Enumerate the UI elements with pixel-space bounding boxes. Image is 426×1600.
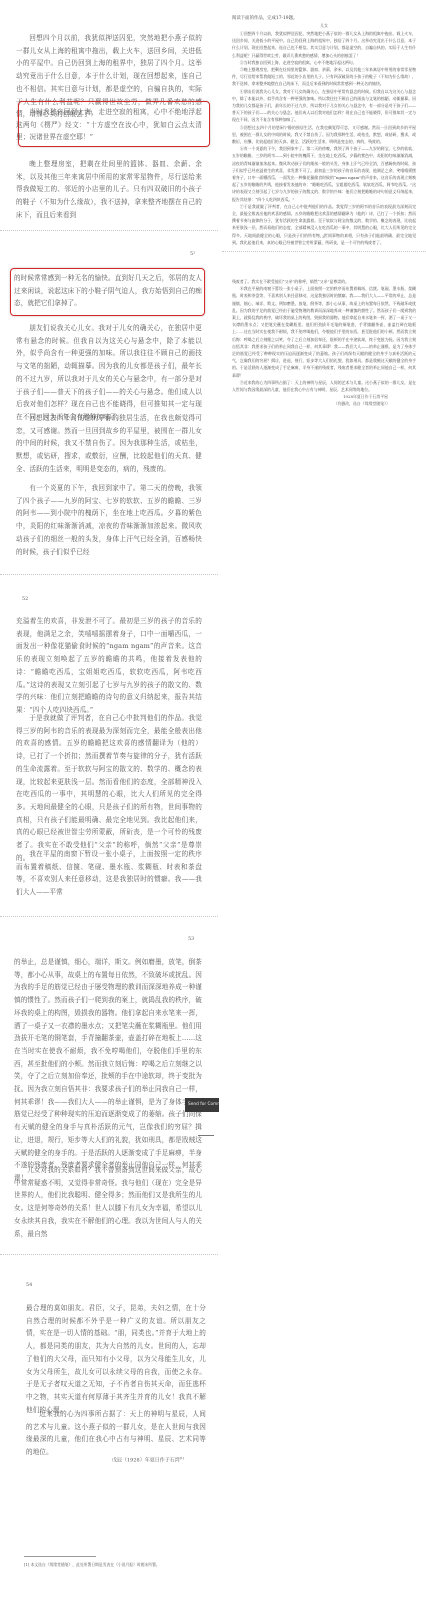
paragraph-text: 当时我独自回到上海，走进空寂的租寓，心中不绝地浮起这两句《楞严》经文：“十方虚空… (16, 106, 202, 144)
paragraph-text: 晚上整理房室，把剩在灶间里的篮钵、器皿、余薪、余米，以及其他三年来寓居中所用的家… (16, 158, 202, 222)
send-for-comments-tooltip[interactable]: Send for Comments (185, 1098, 219, 1112)
paragraph-text: 有一个炎夏的下午，我回到家中了。第二天的傍晚，我领了四个孩子——九岁的阿宝、七岁… (16, 482, 202, 558)
paragraph: 近来我的心为四事所占据了：天上的神明与星辰，人间的艺术与儿童。这小燕子似的一群儿… (26, 1408, 206, 1459)
highlighted-paragraph: 当时我独自回到上海，走进空寂的租寓，心中不绝地浮起这两句《楞严》经文：“十方虚空… (16, 106, 202, 144)
footnote-divider (24, 1556, 96, 1557)
exam-paragraph: ④朋友们说我关心儿女。我对于儿女的确关心，在独居中更常有悬念的时候。但我自以为这… (232, 88, 416, 124)
exam-paragraph: ⑨近来我的心为四事所占据了：天上的神明与星辰，人间的艺术与儿童。这小燕子似的一群… (232, 379, 416, 393)
page-number: 5² (190, 251, 195, 257)
exam-paragraph: 残废者了。我实在不敢受他们“父亲”的称呼，倘然“父亲”是尊崇的。 (232, 278, 416, 285)
page-number: 54 (26, 1282, 32, 1288)
highlighted-paragraph: 的时候常常感到一种无名的愉快。直到好几天之后，邻居的友人过来闲谈，说起这床下的小… (14, 272, 202, 310)
paragraph: 的举止，总是谨慎，细心，端详，斯文。例如磨墨，放笔，倒茶等，都小心从事，故桌上的… (14, 956, 202, 1185)
exam-paragraph: ①回想四个月以前，我犹似押送囚犯，突然地把小燕子似的一群儿女从上海的租寓中拖出，… (232, 30, 416, 59)
page-number: 52 (22, 596, 28, 602)
paragraph: 于是我就做了评判者，在自己心中批判他们的作品。我觉得三岁的阿韦的音乐的表现最为深… (16, 712, 202, 864)
paragraph-text: 最合理的莫如朋友。君臣，父子，昆弟，夫妇之情，在十分自然合理的时候都不外乎是一种… (26, 1302, 206, 1416)
page-number: 53 (188, 936, 194, 942)
paragraph: 有一个炎夏的下午，我回到家中了。第二天的傍晚，我领了四个孩子——九岁的阿宝、七岁… (16, 482, 202, 558)
paragraph-text: 的时候常常感到一种无名的愉快。直到好几天之后，邻居的友人过来闲谈，说起这床下的小… (14, 272, 202, 310)
signature-text: 戊辰（1928）年夏日作于石湾 (112, 1458, 180, 1464)
exam-paragraph: ⑦于是我就做了评判者，在自己心中批判他们的作品。我觉得三岁的阿韦的音乐的表现最为… (232, 203, 416, 246)
paragraph-text: 近来我的心为四事所占据了：天上的神明与星辰，人间的艺术与儿童。这小燕子似的一群儿… (26, 1408, 206, 1459)
exam-page-1: 阅读下面的作品，完成17-19题。 儿女 ①回想四个月以前，我犹似押送囚犯，突然… (232, 15, 416, 246)
page-separator (0, 574, 218, 575)
footnote: [1] 本文选自《缘缘堂随笔》，此处所署日期是发表在《小说月报》时题末所署。 (24, 1562, 160, 1568)
paragraph: 朋友们说我关心儿女。我对于儿女的确关心，在独居中更常有悬念的时候。但我自以为这关… (16, 322, 202, 424)
page-separator (222, 251, 426, 252)
paragraph-text: 的举止，总是谨慎，细心，端详，斯文。例如磨墨，放笔，倒茶等，都小心从事，故桌上的… (14, 956, 202, 1185)
paragraph: 我在平屋的南窗下暂设一张小桌子，上面按照一定的秩序而布置着稿纸、信箧、笔砚、墨水… (16, 848, 202, 899)
paragraph-text: 于是我就做了评判者，在自己心中批判他们的作品。我觉得三岁的阿韦的音乐的表现最为深… (16, 712, 202, 864)
exam-paragraph: ②当时我独自回到上海，走进空寂的租寓，心中不绝地浮起这两句。 (232, 59, 416, 66)
page-number: 3 (322, 234, 325, 239)
page-separator (0, 1254, 218, 1255)
paragraph: 最合理的莫如朋友。君臣，父子，昆弟，夫妇之情，在十分自然合理的时候都不外乎是一种… (26, 1302, 206, 1416)
paragraph-text: 充溢着生的欢喜，非发泄不可了。最初是三岁的孩子的音乐的表现，他满足之余，笑嘻嘻摇… (16, 615, 202, 717)
paragraph-text: 儿女对我的关系如何？我不曾预备到这世间来做父亲，故心中常常疑惑不明，又觉得非常奇… (14, 1164, 202, 1240)
signature-line: 戊辰（1928）年夏日作于石湾[1] (112, 1456, 184, 1464)
paragraph: 回想过去四个月的悠闲宁静的独居生活，在我也颇觉得可恋，又可感谢。然而一旦回到故乡… (16, 412, 202, 476)
exam-page-2: 残废者了。我实在不敢受他们“父亲”的称呼，倘然“父亲”是尊崇的。 ⑧我在平屋的南… (232, 278, 416, 407)
essay-title: 儿女 (232, 23, 416, 29)
exam-paragraph: ⑧我在平屋的南窗下暂设一张小桌子，上面按照一定的秩序而布置着稿纸、信箧、笔砚、墨… (232, 285, 416, 379)
paragraph: 儿女对我的关系如何？我不曾预备到这世间来做父亲，故心中常常疑惑不明，又觉得非常奇… (14, 1164, 202, 1240)
paragraph: 晚上整理房室，把剩在灶间里的篮钵、器皿、余薪、余米，以及其他三年来寓居中所用的家… (16, 158, 202, 222)
paragraph-text: 回想过去四个月的悠闲宁静的独居生活，在我也颇觉得可恋，又可感谢。然而一旦回到故乡… (16, 412, 202, 476)
exam-paragraph: ⑥有一个炎夏的下午，我回到家中了。第二天的傍晚，我领了四个孩子——九岁的阿宝、七… (232, 145, 416, 203)
paragraph-text: 我在平屋的南窗下暂设一张小桌子，上面按照一定的秩序而布置着稿纸、信箧、笔砚、墨水… (16, 848, 202, 899)
paragraph: 充溢着生的欢喜，非发泄不可了。最初是三岁的孩子的音乐的表现，他满足之余，笑嘻嘻摇… (16, 615, 202, 717)
exam-paragraph: ③晚上整理房室，把剩在灶间里的篮钵、器皿、余薪、余米，以及其他三年来寓居中所用的… (232, 66, 416, 88)
page-separator (0, 230, 218, 231)
scroll-marker (198, 1135, 214, 1136)
page-separator (0, 916, 218, 917)
footnote-marker: [1] (180, 1456, 184, 1460)
paragraph-text: 朋友们说我关心儿女。我对于儿女的确关心，在独居中更常有悬念的时候。但我自以为这关… (16, 322, 202, 424)
date-line: 1928年夏日作于石湾平屋 (232, 393, 388, 400)
source-line: （有删改，选自《缘缘堂随笔》） (232, 400, 390, 407)
exam-paragraph: ⑤回想过去四个月的悠闲宁静的独居生活，在我也颇觉得可恋，又可感谢。然而一旦回到故… (232, 124, 416, 146)
exam-instruction: 阅读下面的作品，完成17-19题。 (232, 15, 416, 21)
